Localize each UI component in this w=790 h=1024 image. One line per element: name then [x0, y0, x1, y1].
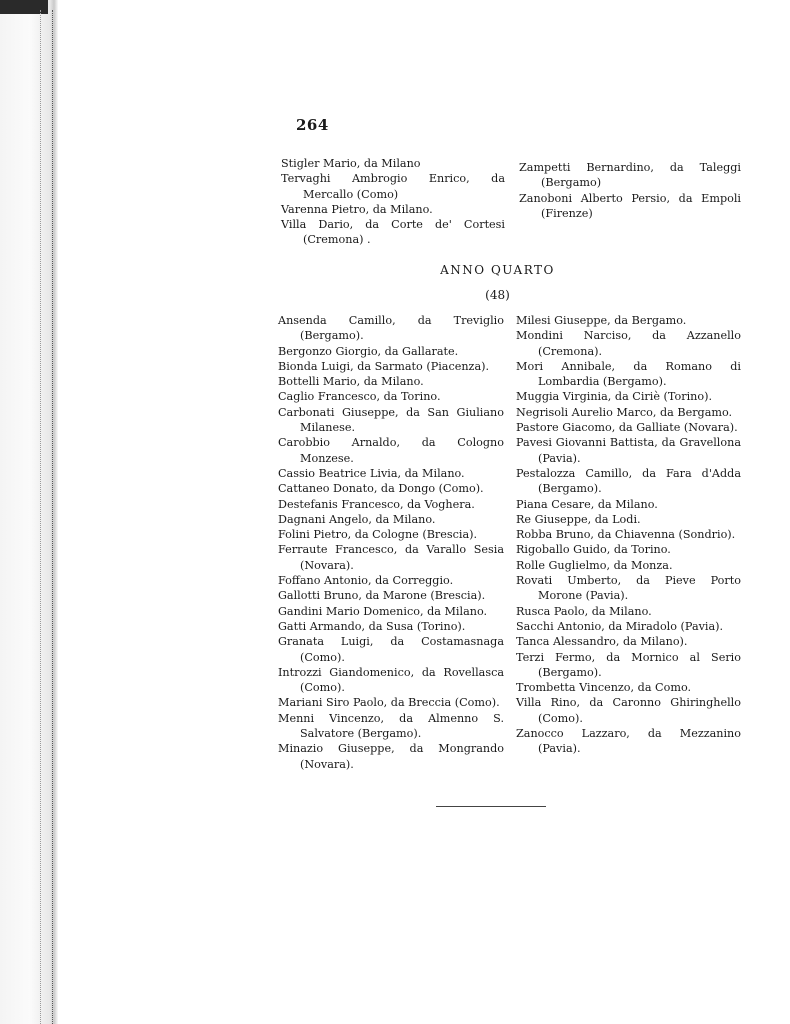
list-item: Stigler Mario, da Milano: [281, 156, 505, 171]
list-item: Zanoboni Alberto Persio, da Empoli (Fire…: [519, 191, 741, 222]
section-end-divider: [436, 806, 546, 807]
list-item: Tanca Alessandro, da Milano).: [516, 634, 741, 649]
list-item: Terzi Fermo, da Mornico al Serio (Bergam…: [516, 650, 741, 681]
list-item: Menni Vincenzo, da Almenno S. Salvatore …: [278, 711, 504, 742]
list-item: Ferraute Francesco, da Varallo Sesia (No…: [278, 542, 504, 573]
section-title: ANNO QUARTO: [0, 263, 790, 277]
binding-dotted-line: [40, 10, 42, 1024]
list-item: Mori Annibale, da Romano di Lombardia (B…: [516, 359, 741, 390]
list-item: Pavesi Giovanni Battista, da Gravellona …: [516, 435, 741, 466]
list-item: Zampetti Bernardino, da Taleggi (Bergamo…: [519, 160, 741, 191]
list-item: Foffano Antonio, da Correggio.: [278, 573, 504, 588]
list-item: Robba Bruno, da Chiavenna (Sondrio).: [516, 527, 741, 542]
list-item: Rigoballo Guido, da Torino.: [516, 542, 741, 557]
list-item: Bottelli Mario, da Milano.: [278, 374, 504, 389]
list-item: Gallotti Bruno, da Marone (Brescia).: [278, 588, 504, 603]
list-item: Milesi Giuseppe, da Bergamo.: [516, 313, 741, 328]
list-item: Carobbio Arnaldo, da Cologno Monzese.: [278, 435, 504, 466]
continued-list-right: Zampetti Bernardino, da Taleggi (Bergamo…: [519, 160, 741, 221]
list-item: Trombetta Vincenzo, da Como.: [516, 680, 741, 695]
list-item: Gatti Armando, da Susa (Torino).: [278, 619, 504, 634]
student-list-left: Ansenda Camillo, da Treviglio (Bergamo).…: [278, 313, 504, 772]
list-item: Pestalozza Camillo, da Fara d'Adda (Berg…: [516, 466, 741, 497]
list-item: Mariani Siro Paolo, da Breccia (Como).: [278, 695, 504, 710]
list-item: Cattaneo Donato, da Dongo (Como).: [278, 481, 504, 496]
list-item: Dagnani Angelo, da Milano.: [278, 512, 504, 527]
list-item: Varenna Pietro, da Milano.: [281, 202, 505, 217]
list-item: Zanocco Lazzaro, da Mezzanino (Pavia).: [516, 726, 741, 757]
list-item: Sacchi Antonio, da Miradolo (Pavia).: [516, 619, 741, 634]
list-item: Mondini Narciso, da Azzanello (Cremona).: [516, 328, 741, 359]
list-item: Granata Luigi, da Costamasnaga (Como).: [278, 634, 504, 665]
list-item: Muggia Virginia, da Ciriè (Torino).: [516, 389, 741, 404]
list-item: Rovati Umberto, da Pieve Porto Morone (P…: [516, 573, 741, 604]
list-item: Folini Pietro, da Cologne (Brescia).: [278, 527, 504, 542]
list-item: Bionda Luigi, da Sarmato (Piacenza).: [278, 359, 504, 374]
list-item: Rolle Guglielmo, da Monza.: [516, 558, 741, 573]
list-item: Carbonati Giuseppe, da San Giuliano Mila…: [278, 405, 504, 436]
section-count: (48): [0, 288, 790, 302]
list-item: Bergonzo Giorgio, da Gallarate.: [278, 344, 504, 359]
list-item: Villa Dario, da Corte de' Cortesi (Cremo…: [281, 217, 505, 248]
list-item: Re Giuseppe, da Lodi.: [516, 512, 741, 527]
continued-list-left: Stigler Mario, da Milano Tervaghi Ambrog…: [281, 156, 505, 248]
list-item: Caglio Francesco, da Torino.: [278, 389, 504, 404]
binding-dotted-line: [52, 10, 55, 1024]
list-item: Ansenda Camillo, da Treviglio (Bergamo).: [278, 313, 504, 344]
list-item: Cassio Beatrice Livia, da Milano.: [278, 466, 504, 481]
list-item: Negrisoli Aurelio Marco, da Bergamo.: [516, 405, 741, 420]
list-item: Minazio Giuseppe, da Mongrando (Novara).: [278, 741, 504, 772]
list-item: Destefanis Francesco, da Voghera.: [278, 497, 504, 512]
list-item: Gandini Mario Domenico, da Milano.: [278, 604, 504, 619]
list-item: Piana Cesare, da Milano.: [516, 497, 741, 512]
list-item: Rusca Paolo, da Milano.: [516, 604, 741, 619]
student-list-right: Milesi Giuseppe, da Bergamo. Mondini Nar…: [516, 313, 741, 757]
list-item: Villa Rino, da Caronno Ghiringhello (Com…: [516, 695, 741, 726]
page-number: 264: [296, 116, 329, 134]
list-item: Tervaghi Ambrogio Enrico, da Mercallo (C…: [281, 171, 505, 202]
scanned-binding-edge: [0, 0, 58, 1024]
list-item: Introzzi Giandomenico, da Rovellasca (Co…: [278, 665, 504, 696]
list-item: Pastore Giacomo, da Galliate (Novara).: [516, 420, 741, 435]
